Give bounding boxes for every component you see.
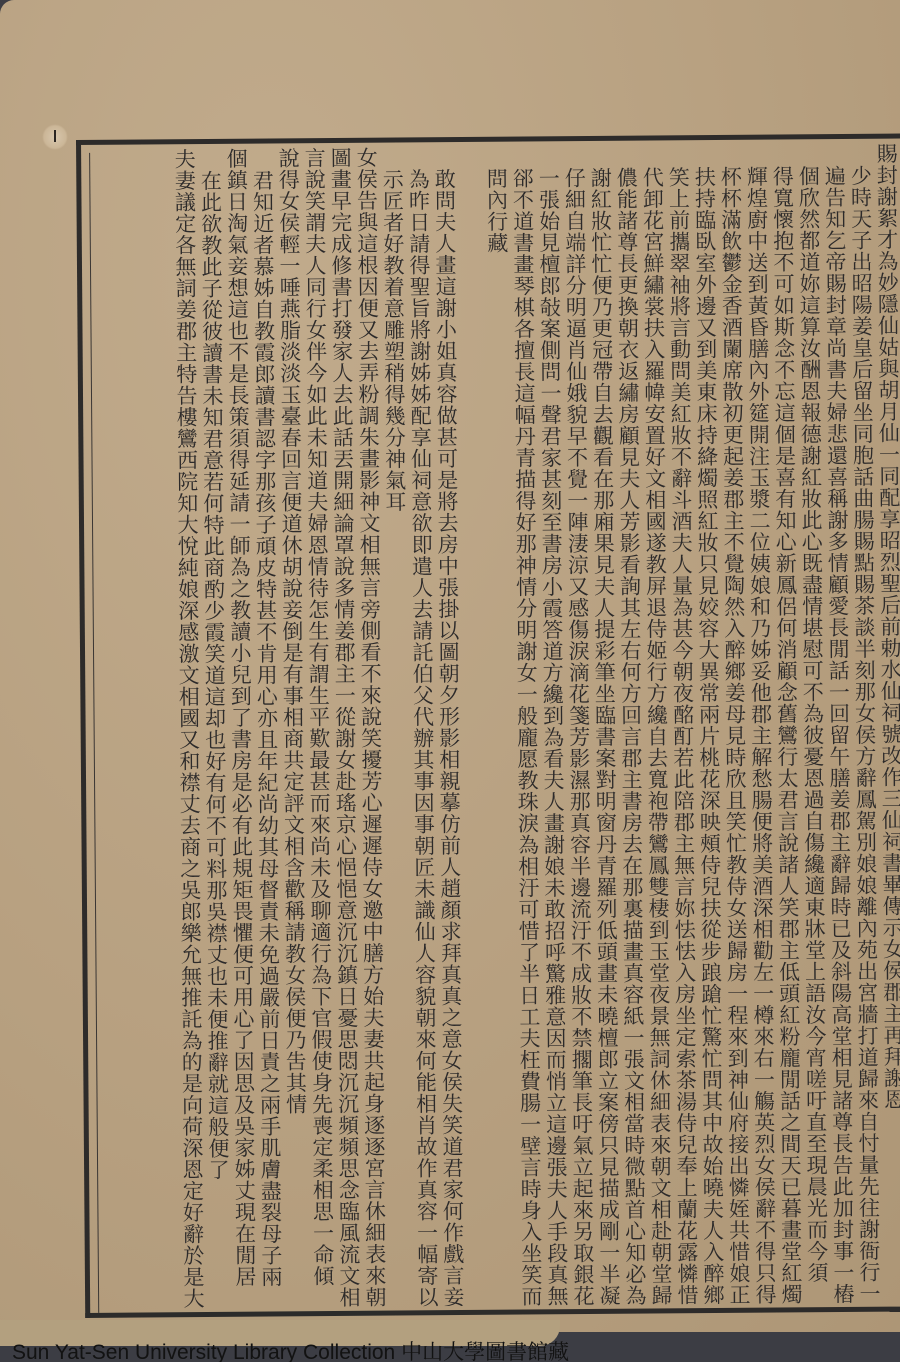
binding-hole xyxy=(42,124,68,150)
text-columns: 賜封謝絮才為妙隱仙姑與胡月仙一同配享昭烈聖后前勅水仙祠號改作三仙祠書畢傳示女侯郡… xyxy=(91,143,900,1309)
library-collection-caption: Sun Yat-Sen University Library Collectio… xyxy=(12,1336,569,1362)
printed-frame-border: 賜封謝絮才為妙隱仙姑與胡月仙一同配享昭烈聖后前勅水仙祠號改作三仙祠書畢傳示女侯郡… xyxy=(76,133,900,1318)
scanned-page: 賜封謝絮才為妙隱仙姑與胡月仙一同配享昭烈聖后前勅水仙祠號改作三仙祠書畢傳示女侯郡… xyxy=(0,0,900,1340)
